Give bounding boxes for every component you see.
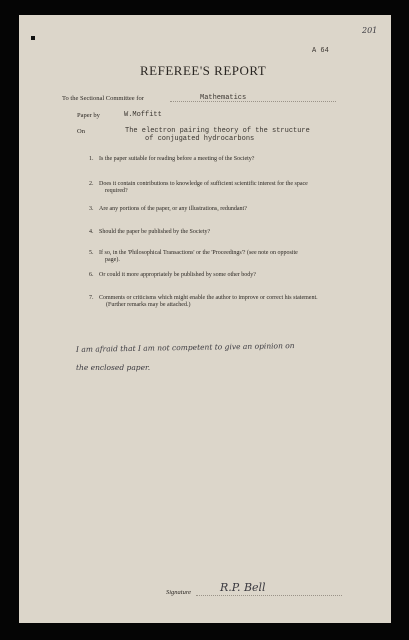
on-label: On <box>77 128 85 135</box>
referee-report-page <box>19 15 391 623</box>
question-5-num: 5. <box>89 250 94 256</box>
committee-label: To the Sectional Committee for <box>62 95 144 102</box>
question-1-num: 1. <box>89 156 94 162</box>
handwritten-comment-line2: the enclosed paper. <box>76 363 150 372</box>
page-number: 201 <box>362 26 377 35</box>
page-title: REFEREE'S REPORT <box>140 63 266 79</box>
question-2-text: Does it contain contributions to knowled… <box>99 181 308 187</box>
signature-value: R.P. Bell <box>220 581 266 594</box>
committee-value: Mathematics <box>200 94 246 102</box>
question-3-num: 3. <box>89 206 94 212</box>
form-code: A 64 <box>312 47 329 55</box>
question-5-text-cont: page). <box>105 257 120 263</box>
question-1-text: Is the paper suitable for reading before… <box>99 156 254 162</box>
signature-label: Signature <box>166 589 191 596</box>
punch-mark <box>31 36 35 40</box>
signature-line <box>196 595 342 596</box>
paper-by-label: Paper by <box>77 112 100 119</box>
question-6-text: Or could it more appropriately be publis… <box>99 272 256 278</box>
question-3-text: Are any portions of the paper, or any il… <box>99 206 247 212</box>
paper-title-line1: The electron pairing theory of the struc… <box>125 127 310 135</box>
paper-title-line2: of conjugated hydrocarbons <box>145 135 254 143</box>
paper-by-value: W.Moffitt <box>124 111 162 119</box>
question-4-num: 4. <box>89 229 94 235</box>
question-7-text: Comments or criticisms which might enabl… <box>99 295 318 301</box>
question-2-num: 2. <box>89 181 94 187</box>
question-7-num: 7. <box>89 295 94 301</box>
question-4-text: Should the paper be published by the Soc… <box>99 229 210 235</box>
question-6-num: 6. <box>89 272 94 278</box>
question-5-text: If so, in the 'Philosophical Transaction… <box>99 250 298 256</box>
committee-line <box>170 101 336 102</box>
question-2-text-cont: required? <box>105 188 128 194</box>
question-7-text-cont: (Further remarks may be attached.) <box>106 302 190 308</box>
